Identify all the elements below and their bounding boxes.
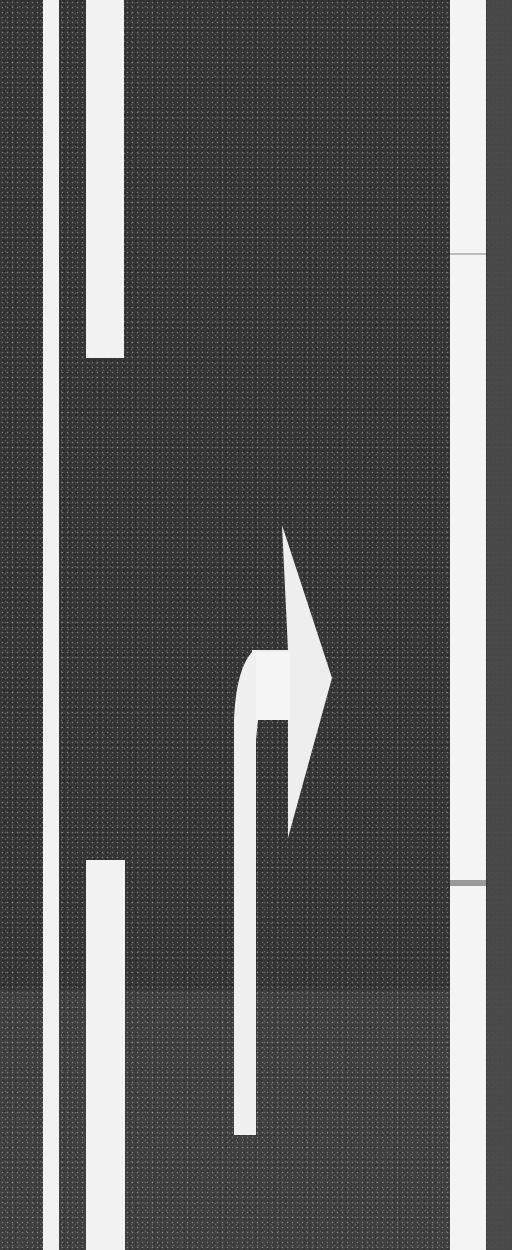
right-solid-edge-line <box>450 0 486 1250</box>
line-joint <box>450 880 486 886</box>
lane-dash-upper <box>86 0 124 358</box>
lane-dash-lower <box>86 860 125 1250</box>
road-shoulder <box>487 0 512 1250</box>
right-turn-arrow-icon <box>228 520 338 1140</box>
left-solid-edge-line <box>43 0 59 1250</box>
line-joint <box>450 253 486 255</box>
